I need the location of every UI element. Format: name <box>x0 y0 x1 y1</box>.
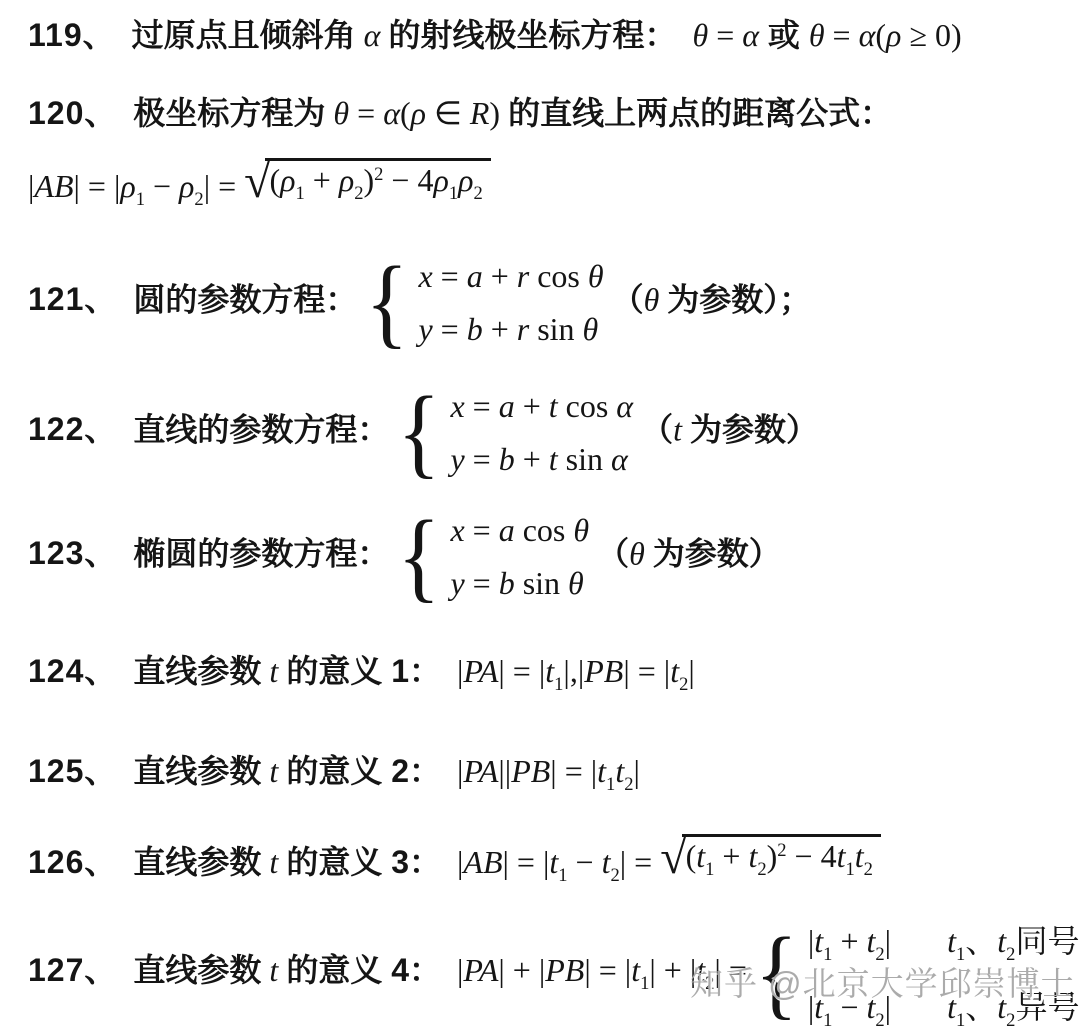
math-token: 2 <box>705 973 714 994</box>
math-token: ∈ <box>426 95 470 131</box>
math-token: t <box>261 844 286 880</box>
math-token: t <box>549 388 558 424</box>
math-token: = <box>465 441 499 477</box>
math-token: 1 <box>296 183 305 204</box>
math-token: 1 <box>956 1010 965 1026</box>
cases-brace: { <box>397 509 440 604</box>
math-token: α <box>616 388 633 424</box>
math-token: 的意义 2： <box>286 753 441 789</box>
math-token: ρ <box>339 162 354 198</box>
math-token: 椭圆的参数方程： <box>133 535 389 571</box>
math-token: | = | <box>623 653 670 689</box>
math-token: | + | <box>649 952 696 988</box>
math-token: ρ <box>120 168 135 204</box>
math-token: 1 <box>640 973 649 994</box>
math-token <box>633 411 641 447</box>
math-token: + <box>483 258 517 294</box>
math-token: ≥ <box>901 17 935 53</box>
math-token: ρ <box>458 162 473 198</box>
cases-row: x = a + r cos θ <box>418 258 603 295</box>
math-token: + <box>515 441 549 477</box>
math-token: θ <box>583 311 599 347</box>
math-token: 为参数） <box>690 411 818 447</box>
math-token: 的意义 4： <box>286 952 441 988</box>
math-token: 极坐标方程为 <box>133 95 325 131</box>
math-token: 1 <box>705 859 714 880</box>
math-token: b <box>499 565 515 601</box>
math-token: 的射线极坐标方程： <box>388 17 676 53</box>
math-token: 125、 <box>28 753 117 789</box>
cases-rows: |t1 + t2|t1、t2同号|t1 − t2|t1、t2异号 <box>808 916 1080 1026</box>
math-token: | <box>441 753 463 789</box>
math-token: sin <box>529 311 582 347</box>
math-token: | <box>634 753 640 789</box>
formula-line-124: 124、直线参数 t 的意义 1： |PA| = |t1|,|PB| = |t2… <box>28 646 695 696</box>
math-token: 121、 <box>28 281 117 317</box>
math-token: + <box>483 311 517 347</box>
math-token: 同号 <box>1015 923 1079 959</box>
math-token: t <box>673 411 690 447</box>
math-token: t <box>549 441 558 477</box>
math-token: b <box>467 311 483 347</box>
math-token: t <box>855 838 864 874</box>
math-token: t <box>549 844 558 880</box>
math-token <box>357 281 365 317</box>
math-token: = <box>349 95 383 131</box>
math-token: t <box>597 753 606 789</box>
math-token: 124、 <box>28 653 117 689</box>
math-token: 2 <box>374 164 383 185</box>
math-token: − <box>145 168 179 204</box>
formula-line-126: 126、直线参数 t 的意义 3： |AB| = |t1 − t2| = √(t… <box>28 834 881 887</box>
math-token: 直线参数 <box>133 952 261 988</box>
math-token: ( <box>269 162 280 198</box>
math-token: θ <box>573 512 589 548</box>
math-token: | = | <box>584 952 631 988</box>
math-token: t <box>545 653 554 689</box>
math-token: 120、 <box>28 95 117 131</box>
math-token: t <box>748 838 757 874</box>
math-token: | = | <box>498 653 545 689</box>
math-token: 直线参数 <box>133 653 261 689</box>
math-token: | <box>441 952 463 988</box>
math-token: 2 <box>473 183 482 204</box>
math-token: 的意义 1： <box>286 653 441 689</box>
math-token: θ <box>629 535 653 571</box>
math-token: 127、 <box>28 952 117 988</box>
math-token: ρ <box>179 168 194 204</box>
math-token: α <box>383 95 400 131</box>
math-token: 2 <box>875 1010 884 1026</box>
math-token: + <box>305 162 339 198</box>
math-token: ( <box>686 838 697 874</box>
math-token: PA <box>463 653 498 689</box>
math-token: t <box>997 989 1006 1025</box>
math-token: 的直线上两点的距离公式： <box>508 95 892 131</box>
math-token: 圆的参数方程： <box>133 281 357 317</box>
math-token: r <box>517 258 529 294</box>
math-token: （ <box>641 411 673 447</box>
math-token: = <box>465 565 499 601</box>
math-token: 2 <box>777 840 786 861</box>
math-token: 为参数）； <box>667 281 811 317</box>
math-token <box>676 17 692 53</box>
math-token: = <box>708 17 742 53</box>
math-token: θ <box>588 258 604 294</box>
math-token: 126、 <box>28 844 117 880</box>
formula-line-123: 123、椭圆的参数方程： {x = a cos θy = b sin θ （θ … <box>28 512 781 602</box>
math-token: t <box>261 952 286 988</box>
sqrt-expression: √(t1 + t2)2 − 4t1t2 <box>660 834 881 883</box>
math-token: t <box>947 923 956 959</box>
cases-rows: x = a + r cos θy = b + r sin θ <box>418 258 603 348</box>
math-token: 2 <box>875 944 884 965</box>
math-token: 1 <box>558 865 567 886</box>
math-token: | <box>885 989 891 1025</box>
math-token <box>389 535 397 571</box>
math-token: | = | <box>503 844 550 880</box>
math-token: t <box>631 952 640 988</box>
math-token: |,| <box>563 653 584 689</box>
math-token: 过原点且倾斜角 <box>132 17 356 53</box>
math-token: AB <box>463 844 502 880</box>
math-token: cos <box>529 258 588 294</box>
math-token: 0) <box>935 17 962 53</box>
cases-expression: {x = a + t cos αy = b + t sin α <box>397 388 633 478</box>
math-token: a <box>467 258 483 294</box>
math-token: = <box>433 258 467 294</box>
math-token: 或 <box>759 17 809 53</box>
formula-line-120: 120、极坐标方程为 θ = α(ρ ∈ R) 的直线上两点的距离公式： <box>28 88 892 134</box>
math-token: ) <box>489 95 508 131</box>
math-token <box>389 411 397 447</box>
math-token: t <box>814 989 823 1025</box>
math-token: α <box>742 17 759 53</box>
math-token: − 4 <box>383 162 433 198</box>
math-token: | = <box>620 844 660 880</box>
math-token: 2 <box>679 674 688 695</box>
math-token: | <box>885 923 891 959</box>
math-token: θ <box>568 565 584 601</box>
math-token: 122、 <box>28 411 117 447</box>
math-token: 1 <box>606 774 615 795</box>
cases-row: y = b + r sin θ <box>418 311 603 348</box>
math-token: + <box>714 838 748 874</box>
math-token: ) <box>767 838 778 874</box>
math-token: + <box>515 388 549 424</box>
math-token: a <box>499 512 515 548</box>
math-token: 1 <box>136 189 145 210</box>
math-token: α <box>356 17 389 53</box>
math-token: | = <box>204 168 244 204</box>
math-token: ( <box>875 17 886 53</box>
math-token: 直线参数 <box>133 753 261 789</box>
math-token: 2 <box>624 774 633 795</box>
math-token: θ <box>333 95 349 131</box>
cases-row: x = a cos θ <box>450 512 589 549</box>
math-token: 2 <box>194 189 203 210</box>
math-token: ( <box>400 95 411 131</box>
cases-row: |t1 + t2|t1、t2同号 <box>808 916 1080 966</box>
math-token: 异号 <box>1015 989 1079 1025</box>
math-token: + <box>832 923 866 959</box>
math-token: cos <box>515 512 574 548</box>
cases-row: y = b + t sin α <box>450 441 633 478</box>
math-token: PA <box>463 753 498 789</box>
math-token: ρ <box>280 162 295 198</box>
math-token: PA <box>463 952 498 988</box>
math-token <box>604 281 612 317</box>
math-token: 直线参数 <box>133 844 261 880</box>
math-token: = <box>465 512 499 548</box>
math-token: 2 <box>757 859 766 880</box>
math-token: 、 <box>965 923 997 959</box>
math-token: ρ <box>433 162 448 198</box>
math-token: 2 <box>864 859 873 880</box>
math-token: t <box>947 989 956 1025</box>
math-token: PB <box>584 653 623 689</box>
math-token: sin <box>515 565 568 601</box>
math-token: 119、 <box>28 17 116 53</box>
math-token: sin <box>558 441 611 477</box>
math-token: t <box>615 753 624 789</box>
math-token: = <box>465 388 499 424</box>
math-token: 、 <box>965 989 997 1025</box>
cases-row: y = b sin θ <box>450 565 589 602</box>
math-token: cos <box>558 388 617 424</box>
cases-row: |t1 − t2|t1、t2异号 <box>808 982 1080 1026</box>
math-token: y <box>450 441 464 477</box>
math-token: a <box>499 388 515 424</box>
math-token: | + | <box>498 952 545 988</box>
math-token: t <box>997 923 1006 959</box>
math-token: | <box>441 653 463 689</box>
math-token: t <box>261 753 286 789</box>
cases-brace: { <box>755 926 798 1021</box>
formula-line-ab-distance: |AB| = |ρ1 − ρ2| = √(ρ1 + ρ2)2 − 4ρ1ρ2 <box>28 158 491 211</box>
math-token: | <box>441 844 463 880</box>
math-token: θ <box>644 281 668 317</box>
math-token: θ <box>692 17 708 53</box>
math-token: （ <box>597 535 629 571</box>
cases-expression: {x = a + r cos θy = b + r sin θ <box>365 258 603 348</box>
math-token: 1 <box>845 859 854 880</box>
cases-row: x = a + t cos α <box>450 388 633 425</box>
cases-rows: x = a + t cos αy = b + t sin α <box>450 388 633 478</box>
formula-sheet: 119、过原点且倾斜角 α 的射线极坐标方程： θ = α 或 θ = α(ρ … <box>0 0 1080 1026</box>
math-token: （ <box>612 281 644 317</box>
formula-line-127: 127、直线参数 t 的意义 4： |PA| + |PB| = |t1| + |… <box>28 916 1079 1026</box>
math-token: ) <box>363 162 374 198</box>
math-token: − 4 <box>787 838 837 874</box>
math-token: α <box>611 441 628 477</box>
math-token: − <box>832 989 866 1025</box>
math-token: x <box>450 388 464 424</box>
math-token: y <box>450 565 464 601</box>
math-token: = <box>433 311 467 347</box>
math-token: ρ <box>411 95 426 131</box>
math-token: AB <box>34 168 73 204</box>
math-token <box>589 535 597 571</box>
cases-rows: x = a cos θy = b sin θ <box>450 512 589 602</box>
math-token: = <box>825 17 859 53</box>
math-token: 2 <box>610 865 619 886</box>
sqrt-radicand: (ρ1 + ρ2)2 − 4ρ1ρ2 <box>265 158 490 205</box>
math-token: x <box>418 258 432 294</box>
sqrt-radicand: (t1 + t2)2 − 4t1t2 <box>682 834 881 881</box>
math-token: − <box>568 844 602 880</box>
cases-expression: {|t1 + t2|t1、t2同号|t1 − t2|t1、t2异号 <box>755 916 1080 1026</box>
math-token: | = | <box>550 753 597 789</box>
cases-expression: {x = a cos θy = b sin θ <box>397 512 589 602</box>
sqrt-expression: √(ρ1 + ρ2)2 − 4ρ1ρ2 <box>244 158 491 207</box>
math-token: r <box>517 311 529 347</box>
math-token: t <box>696 952 705 988</box>
formula-line-121: 121、圆的参数方程： {x = a + r cos θy = b + r si… <box>28 258 811 348</box>
math-token: R <box>470 95 490 131</box>
math-token: 1 <box>956 944 965 965</box>
math-token: t <box>670 653 679 689</box>
math-token: 为参数） <box>653 535 781 571</box>
formula-line-119: 119、过原点且倾斜角 α 的射线极坐标方程： θ = α 或 θ = α(ρ … <box>28 10 962 56</box>
math-token: | = | <box>74 168 121 204</box>
math-token: x <box>450 512 464 548</box>
math-token: t <box>814 923 823 959</box>
cases-brace: { <box>397 385 440 480</box>
math-token: α <box>859 17 876 53</box>
math-token: PB <box>545 952 584 988</box>
math-token: 123、 <box>28 535 117 571</box>
math-token: 的意义 3： <box>286 844 441 880</box>
math-token: | <box>688 653 694 689</box>
cases-brace: { <box>365 255 408 350</box>
math-token: t <box>261 653 286 689</box>
math-token: || <box>498 753 511 789</box>
math-token: t <box>696 838 705 874</box>
formula-line-125: 125、直线参数 t 的意义 2： |PA||PB| = |t1t2| <box>28 746 640 796</box>
math-token: 直线的参数方程： <box>133 411 389 447</box>
math-token: PB <box>511 753 550 789</box>
math-token: y <box>418 311 432 347</box>
math-token: b <box>499 441 515 477</box>
math-token: | = <box>714 952 754 988</box>
math-token: 1 <box>449 183 458 204</box>
math-token: θ <box>809 17 825 53</box>
formula-line-122: 122、直线的参数方程： {x = a + t cos αy = b + t s… <box>28 388 818 478</box>
math-token: ρ <box>886 17 901 53</box>
